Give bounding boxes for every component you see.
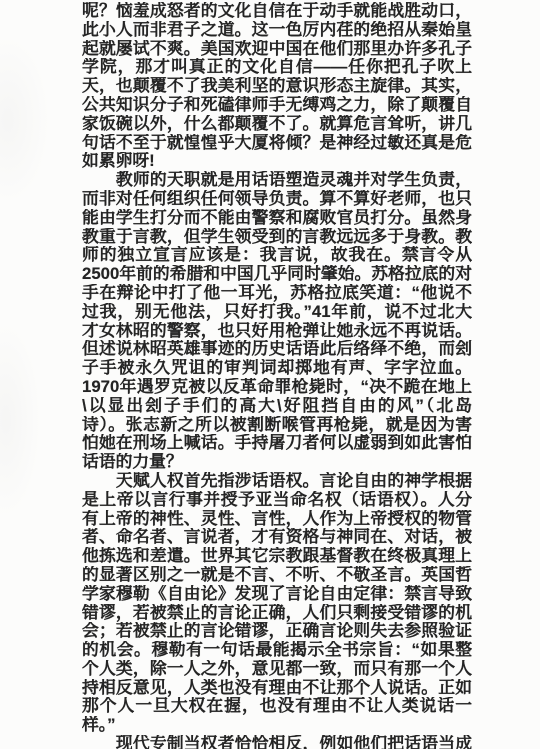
text-line: 子手被永久咒诅的审判词却掷地有声、字字泣血。 — [82, 359, 472, 378]
text-line: 过我，别无他法，只好打我。”41年前，说不过北大 — [82, 303, 472, 322]
text-line: 天赋人权首先指涉话语权。言论自由的神学根据 — [82, 472, 472, 491]
text-line: \以显出刽子手们的高大\好阻挡自由的风”（北岛 — [82, 397, 472, 416]
text-line: 样。” — [82, 716, 472, 735]
text-line: 教重于言教，但学生领受到的言教远远多于身教。教 — [82, 228, 472, 247]
text-line: 有上帝的神性、灵性、言性，人作为上帝授权的物管 — [82, 510, 472, 529]
text-line: 1970年遇罗克被以反革命罪枪毙时，“决不跪在地上 — [82, 378, 472, 397]
text-line: 是上帝以言行事并授予亚当命名权（话语权）。人分 — [82, 491, 472, 510]
text-line: 才女林昭的警察，也只好用枪弹让她永远不再说话。 — [82, 322, 472, 341]
text-line: 学家穆勒《自由论》发现了言论自由定律：禁言导致 — [82, 585, 472, 604]
text-line: 2500年前的希腊和中国几乎同时肇始。苏格拉底的对 — [82, 265, 472, 284]
text-line: 的显著区别之一就是不言、不听、不敬圣言。英国哲 — [82, 566, 472, 585]
text-line: 教师的天职就是用话语塑造灵魂并对学生负责， — [82, 171, 472, 190]
document-page: 呢？恼羞成怒者的文化自信在于动手就能战胜动口，此小人而非君子之道。这一色厉内荏的… — [0, 0, 540, 749]
text-line: 手在辩论中打了他一耳光，苏格拉底笑道：“他说不 — [82, 284, 472, 303]
text-line: 起就屡试不爽。美国欢迎中国在他们那里办许多孔子 — [82, 40, 472, 59]
text-line: 家饭碗以外，什么都颠覆不了。就算危言耸听，讲几 — [82, 115, 472, 134]
text-line: 诗）。张志新之所以被割断喉管再枪毙，就是因为害 — [82, 416, 472, 435]
text-line: 的机会。穆勒有一句话最能揭示全书宗旨：“如果整 — [82, 641, 472, 660]
text-line: 但述说林昭英雄事迹的历史话语此后络绎不绝，而刽 — [82, 340, 472, 359]
text-line: 话语的力量？ — [82, 453, 472, 472]
text-line: 者、命名者、言说者，才有资格与神同在、对话，被 — [82, 528, 472, 547]
text-line: 持相反意见，人类也没有理由不让那个人说话。正如 — [82, 679, 472, 698]
text-line: 呢？恼羞成怒者的文化自信在于动手就能战胜动口， — [82, 2, 472, 21]
text-line: 个人类，除一人之外，意见都一致，而只有那一个人 — [82, 660, 472, 679]
text-line: 句话不至于就惶惶乎大厦将倾？是神经过敏还真是危 — [82, 134, 472, 153]
text-line: 而非对任何组织任何领导负责。算不算好老师，也只 — [82, 190, 472, 209]
text-line: 那个人一旦大权在握，也没有理由不让人类说话一 — [82, 697, 472, 716]
text-line: 怕她在刑场上喊话。手持屠刀者何以虚弱到如此害怕 — [82, 434, 472, 453]
text-line: 此小人而非君子之道。这一色厉内荏的绝招从秦始皇 — [82, 21, 472, 40]
text-line: 他拣选和差遣。世界其它宗教跟基督教在终极真理上 — [82, 547, 472, 566]
text-line: 错谬，若被禁止的言论正确，人们只剩接受错谬的机 — [82, 604, 472, 623]
text-line: 师的独立宣言应该是：我言说，故我在。禁言令从 — [82, 246, 472, 265]
text-line: 学院，那才叫真正的文化自信——任你把孔子吹上 — [82, 58, 472, 77]
text-column: 呢？恼羞成怒者的文化自信在于动手就能战胜动口，此小人而非君子之道。这一色厉内荏的… — [82, 2, 472, 749]
text-line: 天，也颠覆不了我美利坚的意识形态主旋律。其实， — [82, 77, 472, 96]
text-line: 会；若被禁止的言论错谬，正确言论则失去参照验证 — [82, 622, 472, 641]
text-line: 如累卵呀! — [82, 152, 472, 171]
text-line: 能由学生打分而不能由警察和腐败官员打分。虽然身 — [82, 209, 472, 228]
text-line: 现代专制当权者恰恰相反，例如他们把话语当成 — [82, 735, 472, 749]
text-line: 公共知识分子和死磕律师手无缚鸡之力，除了颠覆自 — [82, 96, 472, 115]
